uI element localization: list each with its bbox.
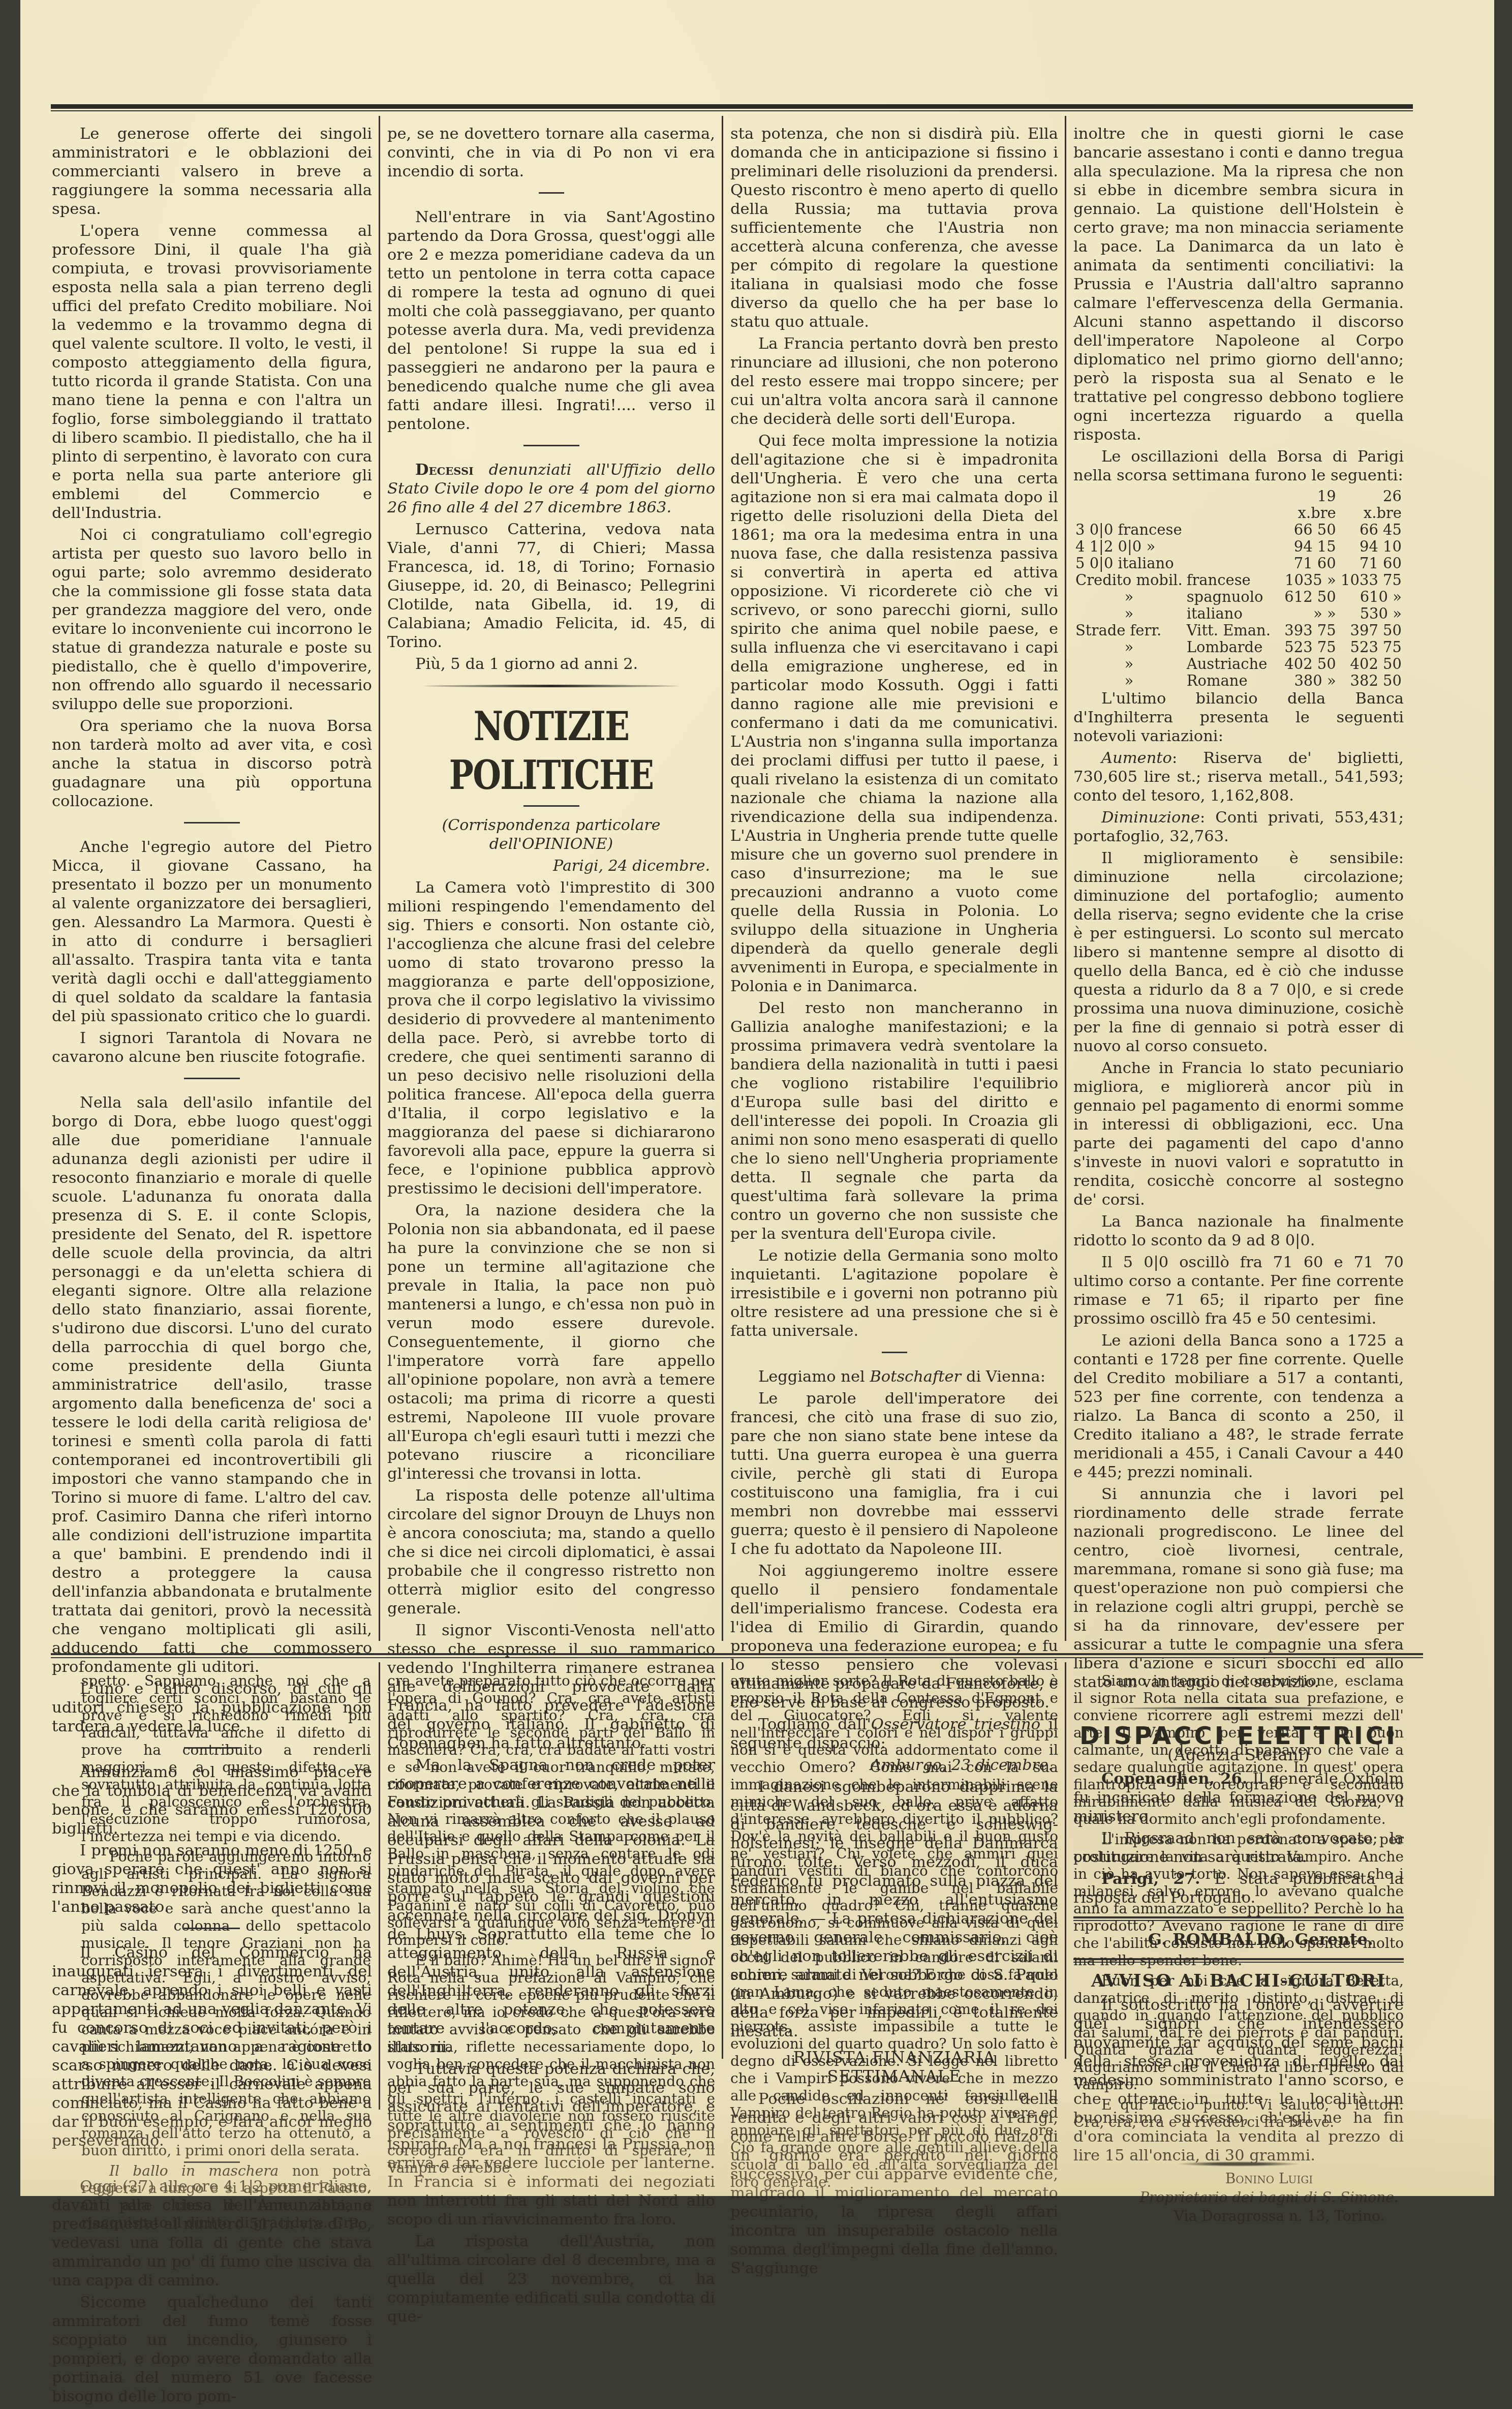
article-paragraph: sta potenza, che non si disdirà più. Ell… [730,125,1058,331]
column-divider [379,1662,380,2110]
decessi-lead: Decessi [415,461,474,479]
article-paragraph: I signori Tarantola di Novara ne cavaron… [52,1029,372,1066]
table-cell: » [1073,656,1185,673]
column-divider [1065,116,1066,1641]
correspondence-subhead: (Corrispondenza particolare dell'OPINION… [387,816,715,853]
separator [184,822,240,824]
newspaper-page: Le generose offerte dei singoli amminist… [20,0,1494,2196]
table-cell: 1035 » [1273,572,1338,589]
article-paragraph: Ora speriamo che la nuova Borsa non tard… [52,717,372,811]
article-paragraph: L'opera venne commessa al professore Din… [52,222,372,523]
table-row: Strade ferr.Vitt. Eman.393 75397 50 [1073,622,1404,639]
diminuzione-label: Diminuzione [1101,809,1200,827]
table-cell: italiano [1185,605,1273,622]
table-row: »Austriache402 50402 50 [1073,656,1404,673]
table-cell: 94 15 [1273,538,1338,555]
article-paragraph: Le notizie della Germania sono molto inq… [730,1246,1058,1340]
article-paragraph: Anche l'egregio autore del Pietro Micca,… [52,838,372,1026]
separator [539,192,564,194]
article-paragraph: La risposta delle potenze all'ultima cir… [387,1486,715,1618]
aumento-line: Aumento: Riserva de' biglietti, 730,605 … [1073,749,1404,805]
feuilleton-paragraph: Buon per noi che la signora Beretta, dan… [1073,1972,1404,2093]
column-divider [722,116,723,1641]
separator [184,1078,240,1079]
borsa-parigi-table: 19 x.bre 26 x.bre 3 0|0 francese66 5066 … [1073,488,1404,689]
diminuzione-line: Diminuzione: Conti privati, 553,431; por… [1073,808,1404,846]
feuilleton-paragraph: Siamo in tempi di combustione, esclama i… [1073,1672,1404,1828]
botschafter-intro: Leggiamo nel Botschafter di Vienna: [730,1367,1058,1386]
table-cell [1185,538,1273,555]
feuilleton-double-rule [51,1653,1423,1658]
article-paragraph: Le generose offerte dei singoli amminist… [52,125,372,219]
table-cell: 530 » [1338,605,1404,622]
article-paragraph: Il 5 0|0 oscillò fra 71 60 e 71 70 ultim… [1073,1253,1404,1328]
separator [882,1352,907,1353]
feuilleton-paragraph: spetto. Sappiamo anche noi che a toglier… [81,1672,371,1845]
table-cell: spagnuolo [1185,589,1273,605]
table-cell: 66 45 [1338,522,1404,538]
table-cell: 523 75 [1338,639,1404,656]
table-cell: Vitt. Eman. [1185,622,1273,639]
table-row: 3 0|0 francese66 5066 45 [1073,522,1404,538]
table-row: Credito mobil.francese1035 »1033 75 [1073,572,1404,589]
table-cell: Credito mobil. [1073,572,1185,589]
dateline-parigi: Parigi, 24 dicembre. [387,857,710,875]
article-paragraph: inoltre che in questi giorni le case ban… [1073,125,1404,444]
feuilleton-paragraph: cra avete preparato tutto ciò che occorr… [387,1672,715,1949]
separator [523,805,579,807]
decessi-more: Più, 5 da 1 giorno ad anni 2. [387,655,715,674]
article-paragraph: La Camera votò l'imprestito di 300 milio… [387,878,715,1198]
table-cell: 71 60 [1273,555,1338,572]
column-divider [722,1662,723,2059]
separator [523,445,579,446]
article-paragraph: Ora, la nazione desidera che la Polonia … [387,1201,715,1483]
article-paragraph: Il miglioramento è sensibile: diminuzion… [1073,849,1404,1056]
table-header: 19 x.bre [1273,488,1338,522]
feuilleton-paragraph: L'impresa non ha perdonato a spese per p… [1073,1831,1404,1969]
article-paragraph: Noi ci congratuliamo coll'egregio artist… [52,526,372,714]
table-cell: 402 50 [1273,656,1338,673]
table-cell: 4 1|2 0|0 » [1073,538,1185,555]
table-header: 26 x.bre [1338,488,1404,522]
table-row: »Lombarde523 75523 75 [1073,639,1404,656]
table-row: 4 1|2 0|0 »94 1594 10 [1073,538,1404,555]
table-cell: 612 50 [1273,589,1338,605]
table-cell: 393 75 [1273,622,1338,639]
table-cell: » [1073,673,1185,689]
article-paragraph: L'ultimo bilancio della Banca d'Inghilte… [1073,689,1404,746]
decessi-heading: Decessi denunziati all'Uffizio dello Sta… [387,461,715,517]
aumento-label: Aumento [1101,749,1172,767]
table-cell: 3 0|0 francese [1073,522,1185,538]
article-paragraph: Qui fece molta impressione la notizia de… [730,432,1058,996]
article-paragraph: pe, se ne dovettero tornare alla caserma… [387,125,715,181]
table-row: »Romane380 »382 50 [1073,673,1404,689]
table-row: »spagnuolo612 50610 » [1073,589,1404,605]
top-double-rule [51,104,1413,111]
table-cell: » » [1273,605,1338,622]
table-header [1185,488,1273,522]
newspaper-title: Botschafter [870,1368,961,1386]
table-row: »italiano» »530 » [1073,605,1404,622]
text-span: Leggiamo nel [758,1368,870,1386]
article-paragraph: La Francia pertanto dovrà ben presto rin… [730,334,1058,429]
table-cell: Lombarde [1185,639,1273,656]
table-cell: 5 0|0 italiano [1073,555,1185,572]
table-cell: 1033 75 [1338,572,1404,589]
paper-discoloration [20,2079,1494,2196]
article-paragraph: Nella sala dell'asilo infantile del borg… [52,1093,372,1676]
table-cell: 610 » [1338,589,1404,605]
table-cell: » [1073,589,1185,605]
article-paragraph: Anche in Francia lo stato pecuniario mig… [1073,1059,1404,1209]
table-row: 5 0|0 italiano71 6071 60 [1073,555,1404,572]
table-cell: Strade ferr. [1073,622,1185,639]
table-cell: 94 10 [1338,538,1404,555]
article-paragraph: Le parole dell'imperatore dei francesi, … [730,1389,1058,1559]
article-paragraph: Del resto non mancheranno in Gallizia an… [730,999,1058,1243]
ornamental-rule [423,685,679,687]
article-paragraph: Nell'entrare in via Sant'Agostino parten… [387,208,715,434]
table-cell: Austriache [1185,656,1273,673]
table-cell: Romane [1185,673,1273,689]
article-paragraph: La Banca nazionale ha finalmente ridotto… [1073,1212,1404,1250]
table-cell [1185,522,1273,538]
table-cell: 71 60 [1338,555,1404,572]
table-header [1073,488,1185,522]
table-cell: » [1073,639,1185,656]
table-cell: 66 50 [1273,522,1338,538]
article-paragraph: Le oscillazioni della Borsa di Parigi ne… [1073,447,1404,485]
table-cell: 380 » [1273,673,1338,689]
table-cell: 397 50 [1338,622,1404,639]
table-header-row: 19 x.bre 26 x.bre [1073,488,1404,522]
headline-notizie-politiche: NOTIZIE POLITICHE [392,703,711,800]
article-paragraph: Si annunzia che i lavori pel riordinamen… [1073,1485,1404,1692]
table-cell: 402 50 [1338,656,1404,673]
table-cell: 523 75 [1273,639,1338,656]
decessi-list: Lernusco Catterina, vedova nata Viale, d… [387,520,715,652]
column-divider [379,116,380,1641]
article-paragraph: Le azioni della Banca sono a 1725 a cont… [1073,1331,1404,1482]
table-cell: francese [1185,572,1273,589]
column-divider [1065,1662,1066,2059]
table-cell [1185,555,1273,572]
table-cell: 382 50 [1338,673,1404,689]
table-cell: » [1073,605,1185,622]
text-span: di Vienna: [961,1368,1045,1386]
